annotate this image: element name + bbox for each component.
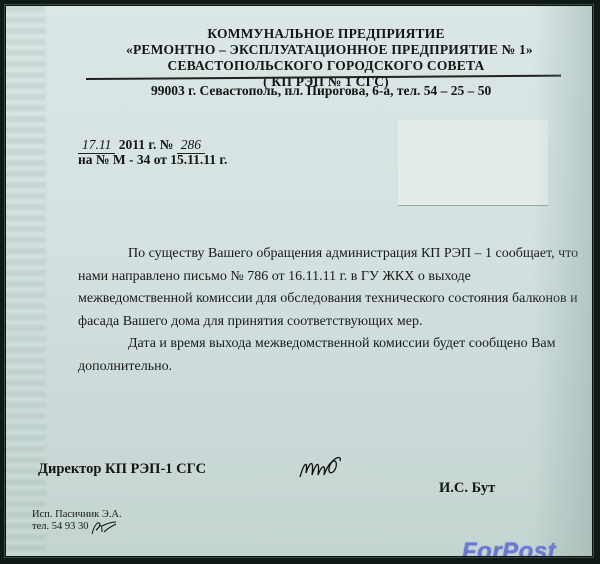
outgoing-year: 2011 г. № (119, 137, 174, 152)
incoming-reference: на № М - 34 от 15.11.11 г. (78, 152, 227, 168)
body-paragraph-1: По существу Вашего обращения администрац… (78, 243, 583, 333)
signatory-name: И.С. Бут (439, 480, 495, 497)
letterhead-line-3: СЕВАСТОПОЛЬСКОГО ГОРОДСКОГО СОВЕТА (126, 58, 526, 74)
redacted-addressee (398, 120, 548, 206)
letter-body: По существу Вашего обращения администрац… (78, 243, 583, 378)
executor-initials-icon (90, 518, 118, 536)
forpost-watermark: ForPost (462, 538, 556, 556)
signature-icon (296, 453, 346, 483)
signatory-position: Директор КП РЭП-1 СГС (38, 461, 206, 478)
letterhead-line-2: «РЕМОНТНО – ЭКСПЛУАТАЦИОННОЕ ПРЕДПРИЯТИЕ… (126, 42, 526, 58)
letterhead-line-1: КОММУНАЛЬНОЕ ПРЕДПРИЯТИЕ (126, 26, 526, 42)
document-page: КОММУНАЛЬНОЕ ПРЕДПРИЯТИЕ «РЕМОНТНО – ЭКС… (6, 6, 592, 556)
letterhead: КОММУНАЛЬНОЕ ПРЕДПРИЯТИЕ «РЕМОНТНО – ЭКС… (126, 26, 526, 90)
letterhead-address: 99003 г. Севастополь, пл. Пирогова, 6-а,… (151, 83, 491, 99)
body-paragraph-2: Дата и время выхода межведомственной ком… (78, 333, 583, 378)
